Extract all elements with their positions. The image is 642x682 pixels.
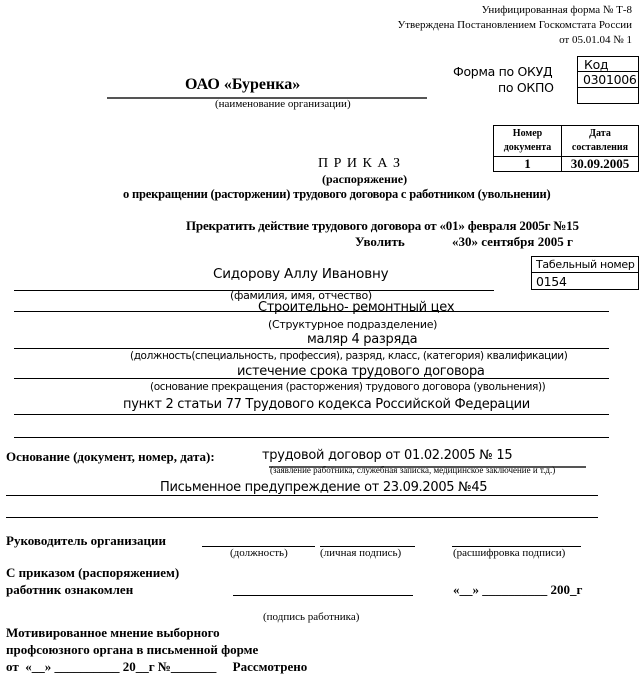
- doc-date-header-1: Дата: [562, 127, 638, 141]
- doc-number: 1: [494, 157, 561, 171]
- department-caption: (Структурное подразделение): [268, 318, 437, 331]
- signature-caption: (личная подпись): [320, 547, 401, 559]
- ack-line-1: С приказом (распоряжением): [6, 565, 179, 581]
- reason-value: истечение срока трудового договора: [237, 364, 485, 379]
- article-value: пункт 2 статьи 77 Трудового кодекса Росс…: [123, 397, 530, 412]
- tab-number-header-cell: Табельный номер: [531, 256, 639, 273]
- basis-underline-2: [6, 495, 598, 496]
- okpo-label: по ОКПО: [498, 80, 554, 95]
- order-title: П Р И К А З: [318, 156, 401, 172]
- basis-value-2: Письменное предупреждение от 23.09.2005 …: [160, 480, 487, 495]
- order-subtitle: (распоряжение): [322, 172, 407, 187]
- position-value: маляр 4 разряда: [307, 332, 417, 347]
- ack-line-2: работник ознакомлен: [6, 582, 133, 598]
- organization-caption: (наименование организации): [215, 98, 351, 110]
- doc-number-cell: 1: [493, 156, 562, 172]
- decode-caption: (расшифровка подписи): [453, 547, 565, 559]
- department-value: Строительно- ремонтный цех: [258, 300, 454, 315]
- article-underline: [14, 414, 609, 415]
- dismiss-label: Уволить: [355, 234, 405, 250]
- basis-label: Основание (документ, номер, дата):: [6, 449, 215, 465]
- order-description: о прекращении (расторжении) трудового до…: [123, 187, 551, 202]
- code-header: Код: [584, 57, 608, 72]
- doc-number-header-2: документа: [494, 141, 561, 155]
- union-line-1: Мотивированное мнение выборного: [6, 625, 220, 641]
- basis-underline-3: [6, 517, 598, 518]
- reason-underline: [14, 378, 609, 379]
- basis-value: трудовой договор от 01.02.2005 № 15: [262, 448, 512, 463]
- ack-date: «__» __________ 200_г: [453, 582, 582, 598]
- code-header-cell: Код: [577, 56, 639, 72]
- okpo-value-cell: [577, 87, 639, 104]
- tab-number-header: Табельный номер: [536, 258, 635, 271]
- dismiss-date: «30» сентября 2005 г: [452, 234, 573, 250]
- reason-caption: (основание прекращения (расторжения) тру…: [150, 381, 545, 393]
- doc-number-header-1: Номер: [494, 127, 561, 141]
- organization-name: ОАО «Буренка»: [185, 76, 300, 94]
- form-approval-date: от 05.01.04 № 1: [397, 33, 632, 48]
- okud-value-cell: 0301006: [577, 71, 639, 88]
- doc-number-header-cell: Номер документа: [493, 125, 562, 157]
- position-caption: (должность(специальность, профессия), ра…: [130, 350, 567, 362]
- position-underline: [14, 348, 609, 349]
- form-approval: Утверждена Постановлением Госкомстата Ро…: [397, 18, 632, 33]
- basis-caption: (заявление работника, служебная записка,…: [270, 465, 555, 475]
- union-line-2: профсоюзного органа в письменной форме: [6, 642, 258, 658]
- head-label: Руководитель организации: [6, 533, 166, 549]
- form-header: Унифицированная форма № Т-8 Утверждена П…: [397, 3, 632, 48]
- tab-number-value-cell: 0154: [531, 272, 639, 290]
- doc-date: 30.09.2005: [562, 157, 638, 171]
- doc-date-cell: 30.09.2005: [561, 156, 639, 172]
- okud-value: 0301006: [583, 72, 637, 87]
- terminate-contract-line: Прекратить действие трудового договора о…: [186, 218, 579, 234]
- position-caption-sig: (должность): [230, 547, 288, 559]
- employee-fio: Сидорову Аллу Ивановну: [213, 266, 388, 282]
- extra-underline: [14, 437, 609, 438]
- doc-date-header-2: составления: [562, 141, 638, 155]
- okud-label: Форма по ОКУД: [453, 64, 552, 79]
- employee-signature-caption: (подпись работника): [263, 611, 359, 623]
- tab-number-value: 0154: [536, 274, 567, 289]
- union-line-3: от «__» __________ 20__г №_______ Рассмо…: [6, 659, 307, 675]
- form-number: Унифицированная форма № Т-8: [397, 3, 632, 18]
- doc-date-header-cell: Дата составления: [561, 125, 639, 157]
- employee-signature-line[interactable]: [233, 595, 413, 596]
